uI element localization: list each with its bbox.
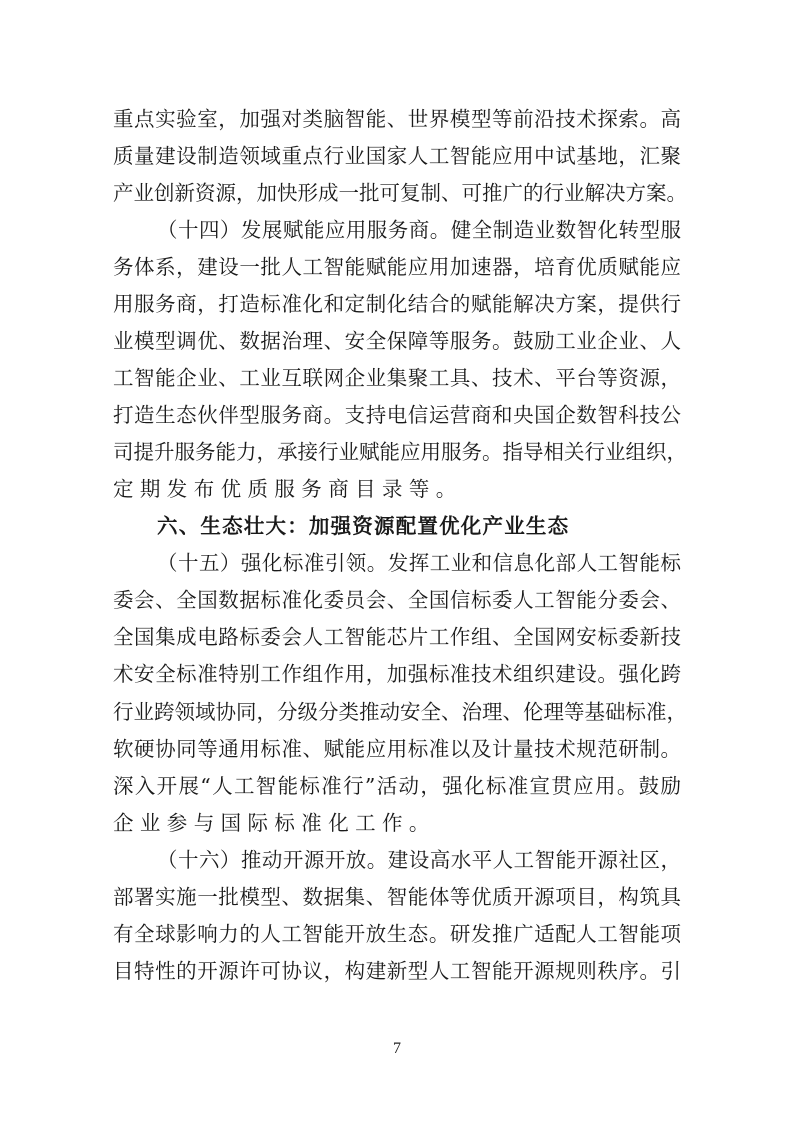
document-page: 重点实验室，加强对类脑智能、世界模型等前沿技术探索。高 质量建设制造领域重点行业… — [0, 0, 794, 1123]
text-line: 重点实验室，加强对类脑智能、世界模型等前沿技术探索。高 — [113, 101, 681, 138]
document-body: 重点实验室，加强对类脑智能、世界模型等前沿技术探索。高 质量建设制造领域重点行业… — [113, 101, 681, 990]
text-line: 深入开展“人工智能标准行”活动，强化标准宣贯应用。鼓励 — [113, 768, 681, 805]
text-line: 部署实施一批模型、数据集、智能体等优质开源项目，构筑具 — [113, 879, 681, 916]
text-line: 软硬协同等通用标准、赋能应用标准以及计量技术规范研制。 — [113, 731, 681, 768]
text-line: 有全球影响力的人工智能开放生态。研发推广适配人工智能项 — [113, 916, 681, 953]
text-line: 产业创新资源，加快形成一批可复制、可推广的行业解决方案。 — [113, 175, 681, 212]
text-line: 委会、全国数据标准化委员会、全国信标委人工智能分委会、 — [113, 582, 681, 619]
text-line: 司提升服务能力，承接行业赋能应用服务。指导相关行业组织， — [113, 434, 681, 471]
text-line: 定期发布优质服务商目录等。 — [113, 471, 681, 508]
text-line: 务体系，建设一批人工智能赋能应用加速器，培育优质赋能应 — [113, 249, 681, 286]
text-line: 打造生态伙伴型服务商。支持电信运营商和央国企数智科技公 — [113, 397, 681, 434]
paragraph-14-start: （十四）发展赋能应用服务商。健全制造业数智化转型服 — [113, 212, 681, 249]
text-line: 质量建设制造领域重点行业国家人工智能应用中试基地，汇聚 — [113, 138, 681, 175]
page-number: 7 — [0, 1040, 794, 1058]
text-line: 术安全标准特别工作组作用，加强标准技术组织建设。强化跨 — [113, 656, 681, 693]
paragraph-15-start: （十五）强化标准引领。发挥工业和信息化部人工智能标 — [113, 545, 681, 582]
section-heading: 六、生态壮大：加强资源配置优化产业生态 — [113, 508, 681, 545]
text-line: 行业跨领域协同，分级分类推动安全、治理、伦理等基础标准， — [113, 694, 681, 731]
text-line: 企业参与国际标准化工作。 — [113, 805, 681, 842]
text-line: 全国集成电路标委会人工智能芯片工作组、全国网安标委新技 — [113, 619, 681, 656]
text-line: 用服务商，打造标准化和定制化结合的赋能解决方案，提供行 — [113, 286, 681, 323]
text-line: 业模型调优、数据治理、安全保障等服务。鼓励工业企业、人 — [113, 323, 681, 360]
text-line: 目特性的开源许可协议，构建新型人工智能开源规则秩序。引 — [113, 953, 681, 990]
text-line: 工智能企业、工业互联网企业集聚工具、技术、平台等资源， — [113, 360, 681, 397]
paragraph-16-start: （十六）推动开源开放。建设高水平人工智能开源社区， — [113, 842, 681, 879]
